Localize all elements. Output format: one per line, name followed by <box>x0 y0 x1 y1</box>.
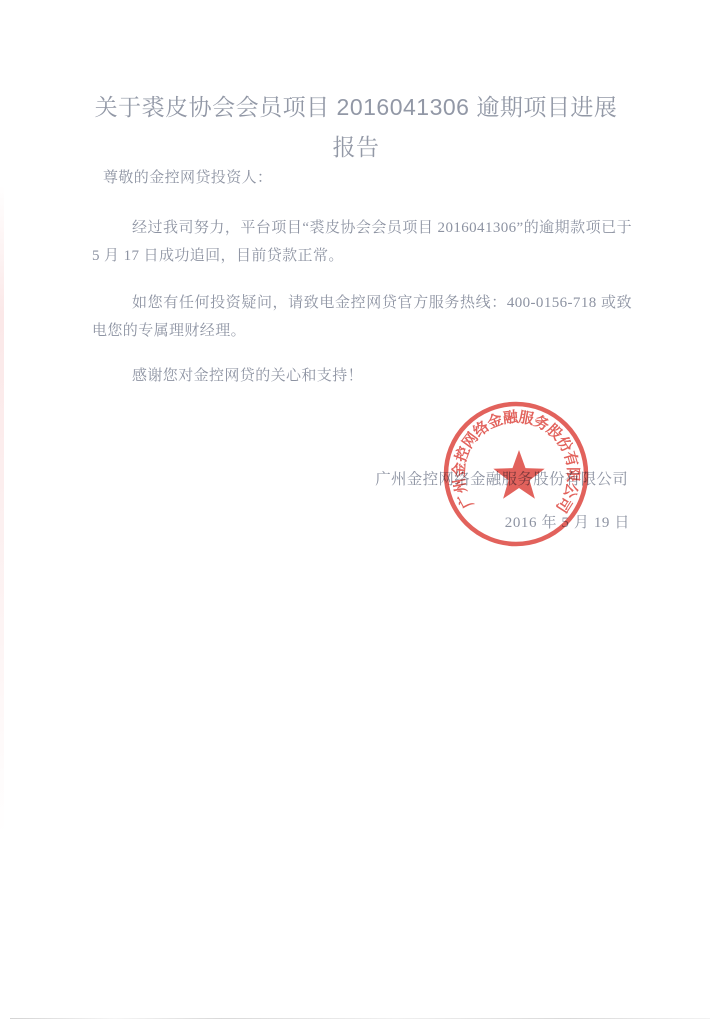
paragraph-hotline: 如您有任何投资疑问，请致电金控网贷官方服务热线：400-0156-718 或致电… <box>92 289 632 345</box>
scanned-letter-page: 关于裘皮协会会员项目 2016041306 逾期项目进展 报告 尊敬的金控网贷投… <box>0 0 724 1024</box>
salutation: 尊敬的金控网贷投资人： <box>103 164 272 192</box>
paragraph-progress: 经过我司努力，平台项目“裘皮协会会员项目 2016041306”的逾期款项已于 … <box>92 214 632 270</box>
page-title-line1: 关于裘皮协会会员项目 2016041306 逾期项目进展 <box>56 87 656 127</box>
signature-company-name: 广州金控网络金融服务股份有限公司 <box>375 467 628 489</box>
page-title: 关于裘皮协会会员项目 2016041306 逾期项目进展 报告 <box>56 87 656 167</box>
paragraph-thanks: 感谢您对金控网贷的关心和支持！ <box>92 362 632 390</box>
scan-artifact-bottom-edge <box>10 1018 710 1019</box>
seal-text: 广州金控网络金融服务股份有限公司 <box>450 408 582 516</box>
signature-date: 2016 年 5 月 19 日 <box>505 511 630 532</box>
page-title-line2: 报告 <box>56 127 656 167</box>
scan-artifact-left-edge <box>0 185 4 835</box>
